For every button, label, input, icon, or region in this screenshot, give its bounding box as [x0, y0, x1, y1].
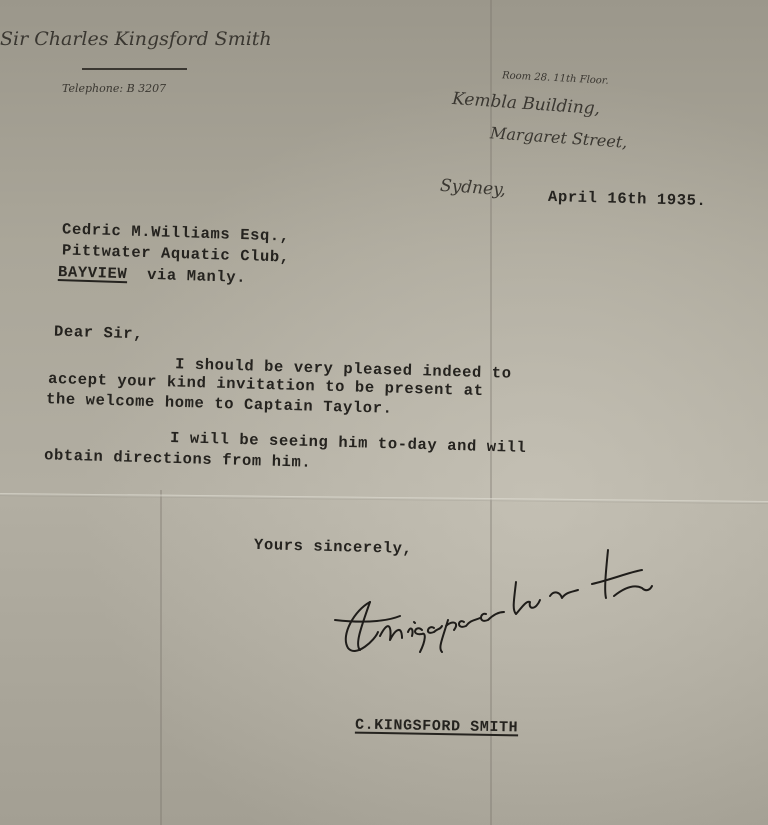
fold-crease-vertical-lower	[160, 490, 162, 825]
fold-crease-horizontal	[0, 493, 768, 504]
letter-date: April 16th 1935.	[548, 188, 707, 210]
letterhead-rule	[82, 68, 187, 70]
typed-signatory-name: C.KINGSFORD SMITH	[355, 717, 519, 737]
handwritten-signature	[330, 540, 670, 670]
letter-paper: Sir Charles Kingsford Smith Telephone: B…	[0, 0, 768, 825]
address-street: Margaret Street,	[490, 123, 628, 152]
recipient-town: BAYVIEW	[58, 263, 128, 283]
recipient-locality: via Manly.	[147, 266, 247, 287]
salutation: Dear Sir,	[54, 323, 144, 344]
letterhead-telephone: Telephone: B 3207	[62, 82, 166, 95]
address-building: Kembla Building,	[451, 89, 600, 119]
address-room: Room 28. 11th Floor.	[502, 70, 609, 87]
recipient-line-2: Pittwater Aquatic Club,	[62, 241, 290, 266]
body-p2-line-2: obtain directions from him.	[44, 446, 312, 471]
letterhead-name: Sir Charles Kingsford Smith	[0, 28, 272, 50]
recipient-line-3: BAYVIEW via Manly.	[58, 263, 247, 287]
address-city: Sydney,	[439, 176, 506, 201]
